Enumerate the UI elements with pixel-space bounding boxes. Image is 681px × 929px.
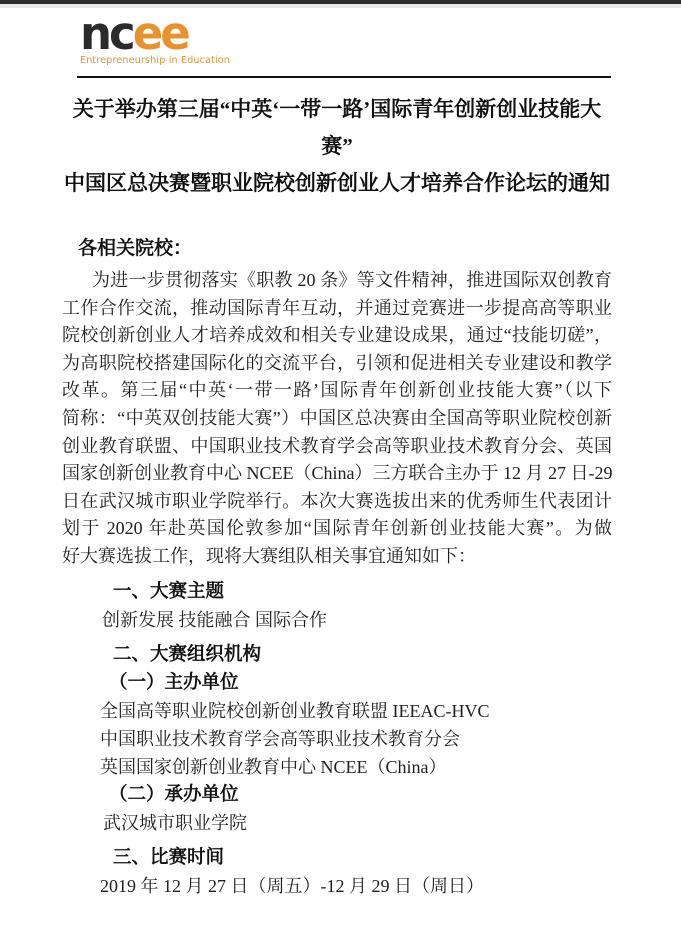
competition-date-line: 2019 年 12 月 27 日（周五）-12 月 29 日（周日） [62,872,612,900]
salutation: 各相关院校： [62,235,612,263]
contest-theme-line: 创新发展 技能融合 国际合作 [62,606,612,634]
document-page: ncee Entrepreneurship in Education 关于举办第… [0,15,681,900]
paragraph-line: 日在武汉城市职业学院举行。本次大赛选拔出来的优秀师生代表团计 [62,488,612,516]
section-1-heading: 一、大赛主题 [62,578,612,606]
logo-wordmark-dark-part: nc [80,7,133,60]
logo-wordmark: ncee [80,15,612,53]
document-title-line-2: 中国区总决赛暨职业院校创新创业人才培养合作论坛的通知 [62,165,612,202]
logo-tagline: Entrepreneurship in Education [80,55,612,66]
header-divider-rule [77,76,611,78]
logo-wordmark-accent-part: ee [133,7,188,60]
host-institution-line: 武汉城市职业学院 [62,809,612,837]
section-2: 二、大赛组织机构 （一）主办单位 全国高等职业院校创新创业教育联盟 IEEAC-… [62,641,612,837]
paragraph-line: 创业教育联盟、中国职业技术教育学会高等职业技术教育分会、英国 [62,433,612,461]
section-2-sub-2-heading: （二）承办单位 [62,781,612,809]
ncee-logo: ncee Entrepreneurship in Education [80,15,612,66]
organizer-line: 英国国家创新创业教育中心 NCEE（China） [62,753,612,781]
section-1: 一、大赛主题 创新发展 技能融合 国际合作 [62,578,612,634]
paragraph-line: 为高职院校搭建国际化的交流平台，引领和促进相关专业建设和教学 [62,350,612,378]
main-paragraph: 为进一步贯彻落实《职教 20 条》等文件精神，推进国际双创教育 工作合作交流，推… [62,267,612,571]
paragraph-line: 好大赛选拔工作，现将大赛组队相关事宜通知如下： [62,543,612,571]
paragraph-line: 简称：“中英双创技能大赛”）中国区总决赛由全国高等职业院校创新 [62,405,612,433]
paragraph-line: 国家创新创业教育中心 NCEE（China）三方联合主办于 12 月 27 日-… [62,460,612,488]
section-3: 三、比赛时间 2019 年 12 月 27 日（周五）-12 月 29 日（周日… [62,844,612,900]
document-title-line-1: 关于举办第三届“中英‘一带一路’国际青年创新创业技能大赛” [62,91,612,165]
paragraph-line: 院校创新创业人才培养成效和相关专业建设成果，通过“技能切磋”， [62,322,612,350]
document-title: 关于举办第三届“中英‘一带一路’国际青年创新创业技能大赛” 中国区总决赛暨职业院… [62,91,612,202]
paragraph-line: 工作合作交流，推动国际青年互动，并通过竞赛进一步提高高等职业 [62,295,612,323]
section-2-sub-1-heading: （一）主办单位 [62,669,612,697]
section-3-heading: 三、比赛时间 [62,844,612,872]
paragraph-line: 改革。第三届“中英‘一带一路’国际青年创新创业技能大赛”（以下 [62,377,612,405]
organizer-line: 中国职业技术教育学会高等职业技术教育分会 [62,725,612,753]
organizer-line: 全国高等职业院校创新创业教育联盟 IEEAC-HVC [62,697,612,725]
paragraph-line: 为进一步贯彻落实《职教 20 条》等文件精神，推进国际双创教育 [62,267,612,295]
paragraph-line: 划于 2020 年赴英国伦敦参加“国际青年创新创业技能大赛”。为做 [62,515,612,543]
section-2-heading: 二、大赛组织机构 [62,641,612,669]
